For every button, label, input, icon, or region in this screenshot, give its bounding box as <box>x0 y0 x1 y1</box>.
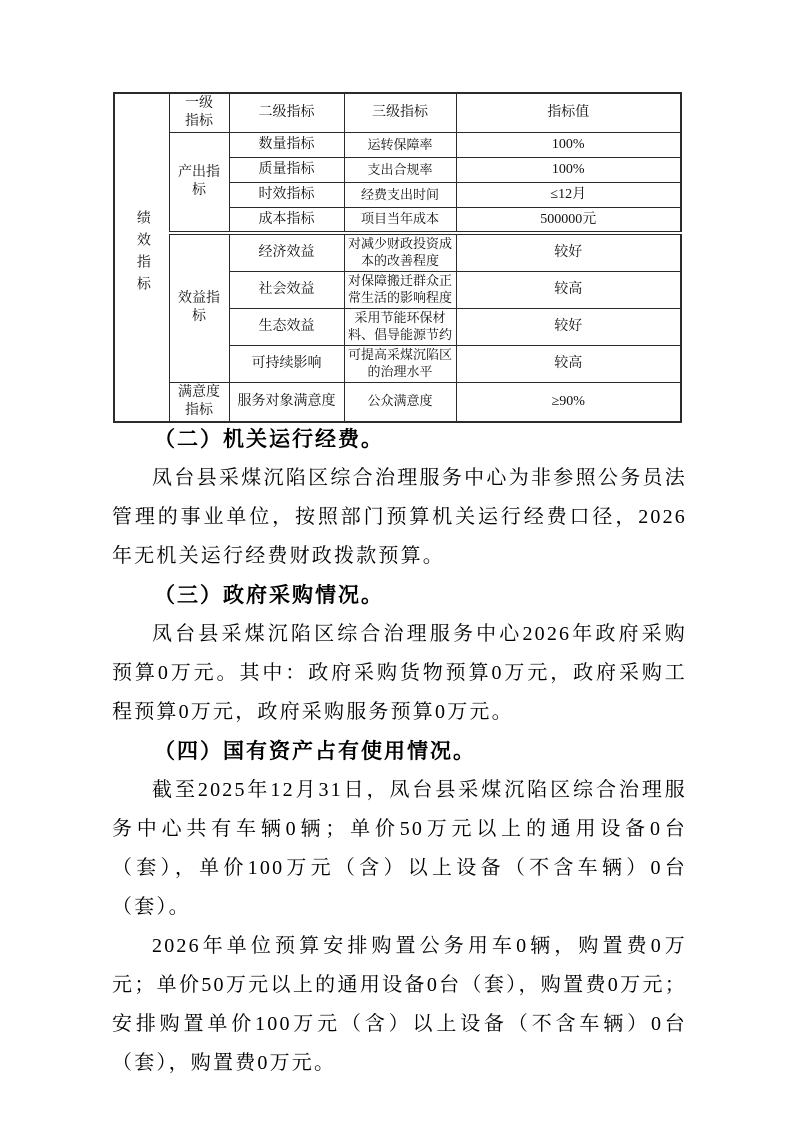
indicator-value-cell: 较高 <box>456 345 681 382</box>
paragraph: 凤台县采煤沉陷区综合治理服务中心2026年政府采购预算0万元。其中：政府采购货物… <box>112 615 687 732</box>
paragraph: 2026年单位预算安排购置公务用车0辆，购置费0万元；单价50万元以上的通用设备… <box>112 927 687 1083</box>
column-header-cell: 三级指标 <box>344 93 456 133</box>
level3-indicator-cell: 对保障搬迁群众正常生活的影响程度 <box>344 271 456 308</box>
level3-indicator-cell: 项目当年成本 <box>344 208 456 233</box>
level2-indicator-cell: 服务对象满意度 <box>229 382 344 422</box>
level2-indicator-cell: 数量指标 <box>229 133 344 158</box>
column-header-cell: 一级 指标 <box>169 93 229 133</box>
document-body: （二）机关运行经费。凤台县采煤沉陷区综合治理服务中心为非参照公务员法管理的事业单… <box>112 420 687 1083</box>
section-heading: （二）机关运行经费。 <box>112 420 687 459</box>
level3-indicator-cell: 可提高采煤沉陷区的治理水平 <box>344 345 456 382</box>
rowgroup-label-cell: 绩效指标 <box>114 93 169 422</box>
indicator-value-cell: 较好 <box>456 308 681 345</box>
level2-indicator-cell: 社会效益 <box>229 271 344 308</box>
rowgroup-label: 绩效指标 <box>133 210 151 298</box>
level2-indicator-cell: 成本指标 <box>229 208 344 233</box>
level3-indicator-cell: 经费支出时间 <box>344 183 456 208</box>
paragraph: 凤台县采煤沉陷区综合治理服务中心为非参照公务员法管理的事业单位，按照部门预算机关… <box>112 459 687 576</box>
level1-indicator-cell: 满意度指标 <box>169 382 229 422</box>
indicator-value-cell: 100% <box>456 133 681 158</box>
level2-indicator-cell: 生态效益 <box>229 308 344 345</box>
level3-indicator-cell: 运转保障率 <box>344 133 456 158</box>
column-header-cell: 二级指标 <box>229 93 344 133</box>
table-row: 效益指标经济效益对减少财政投资成本的改善程度较好 <box>114 233 681 271</box>
paragraph: 截至2025年12月31日，凤台县采煤沉陷区综合治理服务中心共有车辆0辆；单价5… <box>112 771 687 927</box>
level3-indicator-cell: 对减少财政投资成本的改善程度 <box>344 233 456 271</box>
indicator-value-cell: 100% <box>456 158 681 183</box>
indicator-value-cell: ≥90% <box>456 382 681 422</box>
section-heading: （三）政府采购情况。 <box>112 576 687 615</box>
level3-indicator-cell: 支出合规率 <box>344 158 456 183</box>
level3-indicator-cell: 采用节能环保材料、倡导能源节约 <box>344 308 456 345</box>
table-row: 满意度指标服务对象满意度公众满意度≥90% <box>114 382 681 422</box>
level1-indicator-cell: 效益指标 <box>169 233 229 382</box>
indicator-value-cell: ≤12月 <box>456 183 681 208</box>
document-page: 绩效指标一级 指标二级指标三级指标指标值产出指标数量指标运转保障率100%质量指… <box>0 0 793 1122</box>
level1-indicator-cell: 产出指标 <box>169 133 229 233</box>
indicator-value-cell: 500000元 <box>456 208 681 233</box>
level2-indicator-cell: 质量指标 <box>229 158 344 183</box>
level2-indicator-cell: 经济效益 <box>229 233 344 271</box>
section-heading: （四）国有资产占有使用情况。 <box>112 732 687 771</box>
level2-indicator-cell: 时效指标 <box>229 183 344 208</box>
level3-indicator-cell: 公众满意度 <box>344 382 456 422</box>
performance-indicators-table: 绩效指标一级 指标二级指标三级指标指标值产出指标数量指标运转保障率100%质量指… <box>113 92 682 423</box>
column-header-cell: 指标值 <box>456 93 681 133</box>
table-header-row: 绩效指标一级 指标二级指标三级指标指标值 <box>114 93 681 133</box>
indicator-value-cell: 较好 <box>456 233 681 271</box>
table-row: 产出指标数量指标运转保障率100% <box>114 133 681 158</box>
indicator-value-cell: 较高 <box>456 271 681 308</box>
level2-indicator-cell: 可持续影响 <box>229 345 344 382</box>
